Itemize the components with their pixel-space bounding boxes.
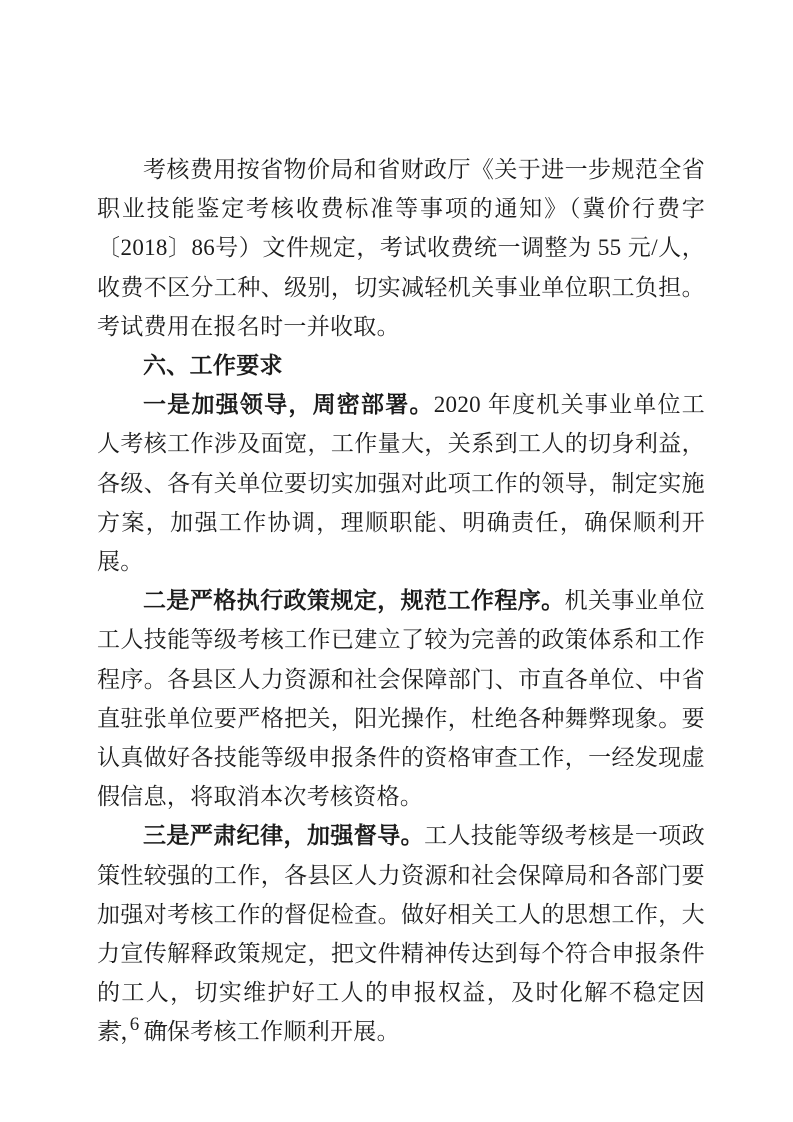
document-page: 考核费用按省物价局和省财政厅《关于进一步规范全省职业技能鉴定考核收费标准等事项的… [0,0,793,1122]
paragraph-assessment-fees: 考核费用按省物价局和省财政厅《关于进一步规范全省职业技能鉴定考核收费标准等事项的… [97,150,705,346]
paragraph-point-3-body: 工人技能等级考核是一项政策性较强的工作，各县区人力资源和社会保障局和各部门要加强… [97,823,705,1044]
page-number: — 6 — [102,1014,169,1036]
section-heading-work-requirements: 六、工作要求 [97,346,705,385]
paragraph-point-1: 一是加强领导，周密部署。2020 年度机关事业单位工人考核工作涉及面宽，工作量大… [97,385,705,581]
paragraph-point-2-lead: 二是严格执行政策规定，规范工作程序。 [143,588,565,613]
paragraph-point-2-body: 机关事业单位工人技能等级考核工作已建立了较为完善的政策体系和工作程序。各县区人力… [97,588,705,809]
paragraph-point-3-lead: 三是严肃纪律，加强督导。 [143,823,424,848]
paragraph-point-1-body: 2020 年度机关事业单位工人考核工作涉及面宽，工作量大，关系到工人的切身利益，… [97,392,705,574]
document-body: 考核费用按省物价局和省财政厅《关于进一步规范全省职业技能鉴定考核收费标准等事项的… [97,150,705,1052]
paragraph-point-2: 二是严格执行政策规定，规范工作程序。机关事业单位工人技能等级考核工作已建立了较为… [97,581,705,816]
paragraph-point-3: 三是严肃纪律，加强督导。工人技能等级考核是一项政策性较强的工作，各县区人力资源和… [97,816,705,1051]
paragraph-point-1-lead: 一是加强领导，周密部署。 [143,392,434,417]
